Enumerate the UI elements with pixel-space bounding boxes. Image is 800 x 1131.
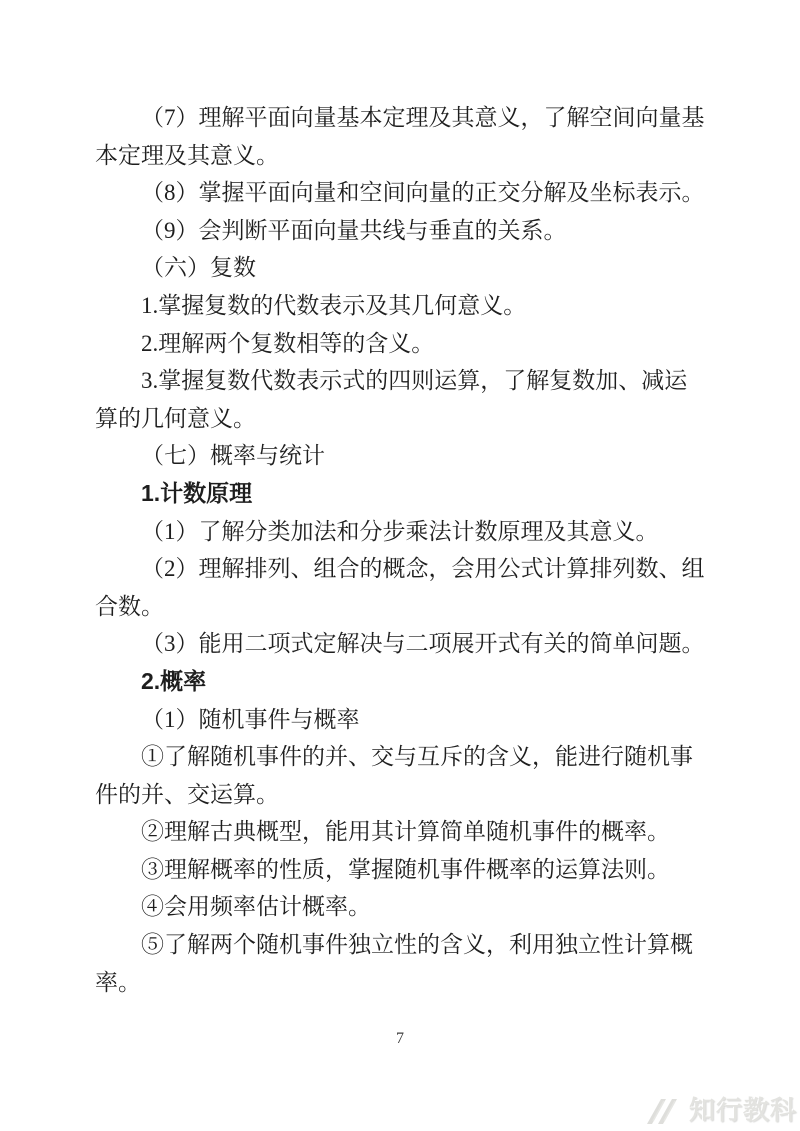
text-line: 2.理解两个复数相等的含义。 <box>95 325 710 363</box>
text-line: 1.掌握复数的代数表示及其几何意义。 <box>95 287 710 325</box>
paragraph: （2）理解排列、组合的概念，会用公式计算排列数、组合数。 <box>95 550 710 625</box>
paragraph: （7）理解平面向量基本定理及其意义，了解空间向量基本定理及其意义。 <box>95 99 710 174</box>
paragraph: ⑤了解两个随机事件独立性的含义，利用独立性计算概率。 <box>95 926 710 1001</box>
page-content: （7）理解平面向量基本定理及其意义，了解空间向量基本定理及其意义。（8）掌握平面… <box>95 99 710 1001</box>
text-line: ③理解概率的性质，掌握随机事件概率的运算法则。 <box>95 851 710 889</box>
text-line: （2）理解排列、组合的概念，会用公式计算排列数、组 <box>95 550 710 588</box>
paragraph: （8）掌握平面向量和空间向量的正交分解及坐标表示。 <box>95 174 710 212</box>
paragraph: ④会用频率估计概率。 <box>95 888 710 926</box>
paragraph: 1.掌握复数的代数表示及其几何意义。 <box>95 287 710 325</box>
text-line: 算的几何意义。 <box>95 400 710 438</box>
section-title: （六）复数 <box>95 249 710 287</box>
paragraph: （1）随机事件与概率 <box>95 701 710 739</box>
document-page: （7）理解平面向量基本定理及其意义，了解空间向量基本定理及其意义。（8）掌握平面… <box>0 0 800 1131</box>
text-line: 3.掌握复数代数表示式的四则运算，了解复数加、减运 <box>95 362 710 400</box>
text-line: ④会用频率估计概率。 <box>95 888 710 926</box>
paragraph: （1）了解分类加法和分步乘法计数原理及其意义。 <box>95 513 710 551</box>
text-line: （六）复数 <box>95 249 710 287</box>
section-heading: 1.计数原理 <box>95 475 710 513</box>
paragraph: ②理解古典概型，能用其计算简单随机事件的概率。 <box>95 813 710 851</box>
text-line: （1）了解分类加法和分步乘法计数原理及其意义。 <box>95 513 710 551</box>
text-line: 1.计数原理 <box>95 475 710 513</box>
section-heading: 2.概率 <box>95 663 710 701</box>
text-line: ⑤了解两个随机事件独立性的含义，利用独立性计算概 <box>95 926 710 964</box>
text-line: 本定理及其意义。 <box>95 137 710 175</box>
text-line: （9）会判断平面向量共线与垂直的关系。 <box>95 212 710 250</box>
text-line: （7）理解平面向量基本定理及其意义，了解空间向量基 <box>95 99 710 137</box>
paragraph: （9）会判断平面向量共线与垂直的关系。 <box>95 212 710 250</box>
watermark: 知行教科 <box>645 1090 797 1127</box>
text-line: 件的并、交运算。 <box>95 776 710 814</box>
text-line: （3）能用二项式定解决与二项展开式有关的简单问题。 <box>95 625 710 663</box>
section-title: （七）概率与统计 <box>95 437 710 475</box>
watermark-text: 知行教科 <box>689 1090 797 1127</box>
paragraph: 3.掌握复数代数表示式的四则运算，了解复数加、减运算的几何意义。 <box>95 362 710 437</box>
text-line: ①了解随机事件的并、交与互斥的含义，能进行随机事 <box>95 738 710 776</box>
page-number: 7 <box>0 1030 800 1048</box>
paragraph: ①了解随机事件的并、交与互斥的含义，能进行随机事件的并、交运算。 <box>95 738 710 813</box>
paragraph: （3）能用二项式定解决与二项展开式有关的简单问题。 <box>95 625 710 663</box>
text-line: 合数。 <box>95 588 710 626</box>
text-line: ②理解古典概型，能用其计算简单随机事件的概率。 <box>95 813 710 851</box>
text-line: （七）概率与统计 <box>95 437 710 475</box>
text-line: 率。 <box>95 964 710 1002</box>
brand-double-slash-icon <box>645 1093 683 1125</box>
text-line: （8）掌握平面向量和空间向量的正交分解及坐标表示。 <box>95 174 710 212</box>
paragraph: 2.理解两个复数相等的含义。 <box>95 325 710 363</box>
text-line: 2.概率 <box>95 663 710 701</box>
text-line: （1）随机事件与概率 <box>95 701 710 739</box>
paragraph: ③理解概率的性质，掌握随机事件概率的运算法则。 <box>95 851 710 889</box>
